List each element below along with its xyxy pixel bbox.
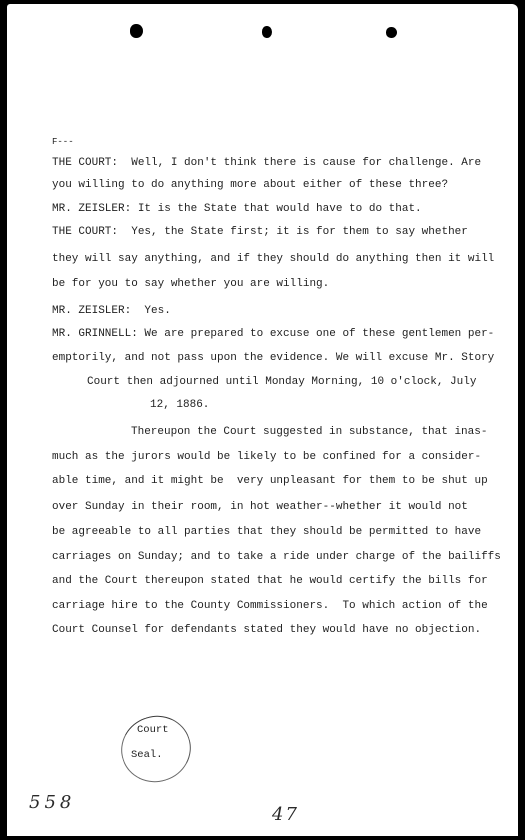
transcript-line: emptorily, and not pass upon the evidenc… (52, 351, 494, 365)
transcript-line: over Sunday in their room, in hot weathe… (52, 500, 468, 514)
transcript-line: MR. ZEISLER: It is the State that would … (52, 202, 422, 216)
adjournment-line: Court then adjourned until Monday Mornin… (87, 375, 476, 389)
transcript-line: much as the jurors would be likely to be… (52, 450, 481, 464)
punch-hole-left (130, 24, 143, 38)
transcript-line: THE COURT: Yes, the State first; it is f… (52, 225, 468, 239)
handwritten-page-number: 47 (272, 804, 299, 825)
document-page: F--- THE COURT: Well, I don't think ther… (7, 4, 518, 836)
punch-hole-center (262, 26, 272, 38)
transcript-line: you willing to do anything more about ei… (52, 178, 448, 192)
seal-text-court: Court (137, 724, 169, 736)
transcript-line: carriage hire to the County Commissioner… (52, 599, 488, 613)
transcript-line: be for you to say whether you are willin… (52, 277, 329, 291)
adjournment-date: 12, 1886. (150, 398, 209, 412)
transcript-line: be agreeable to all parties that they sh… (52, 525, 481, 539)
transcript-line: Court Counsel for defendants stated they… (52, 623, 481, 637)
seal-text-seal: Seal. (131, 749, 163, 761)
transcript-line: able time, and it might be very unpleasa… (52, 474, 488, 488)
transcript-line: and the Court thereupon stated that he w… (52, 574, 488, 588)
transcript-line: carriages on Sunday; and to take a ride … (52, 550, 501, 564)
transcript-line: Thereupon the Court suggested in substan… (131, 425, 487, 439)
transcript-line: THE COURT: Well, I don't think there is … (52, 156, 481, 170)
transcript-line: MR. GRINNELL: We are prepared to excuse … (52, 327, 494, 341)
punch-hole-right (386, 27, 397, 38)
transcript-line: MR. ZEISLER: Yes. (52, 304, 171, 318)
header-mark: F--- (52, 135, 74, 149)
transcript-line: they will say anything, and if they shou… (52, 252, 494, 266)
handwritten-archive-number: 558 (29, 792, 75, 813)
